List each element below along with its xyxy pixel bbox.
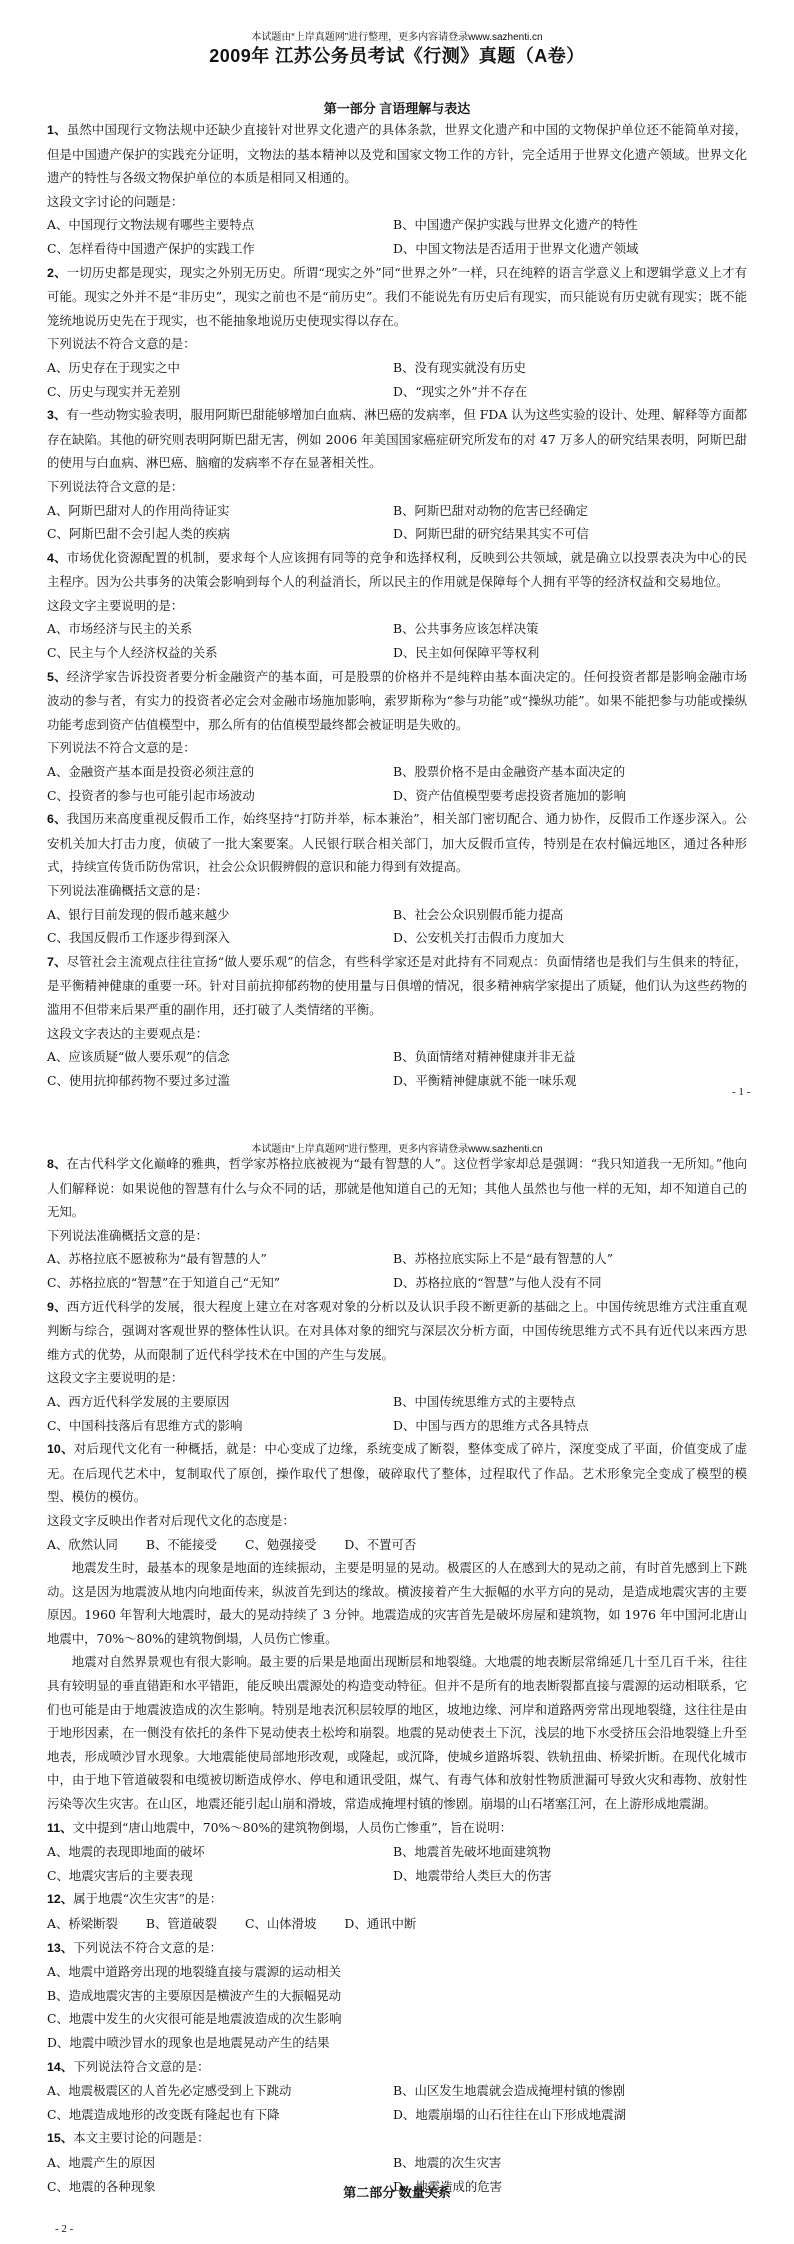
option-c: C、阿斯巴甜不会引起人类的疾病 (47, 522, 393, 546)
option-d: D、地震中喷沙冒水的现象也是地震晃动产生的结果 (47, 2031, 747, 2055)
option-b: B、不能接受 (146, 1533, 217, 1557)
page-2: 本试题由“上岸真题网”进行整理，更多内容请登录www.sazhenti.cn 8… (0, 1122, 794, 2244)
option-b: B、管道破裂 (146, 1912, 217, 1936)
question-8: 8、在古代科学文化巅峰的雅典，哲学家苏格拉底被视为“最有智慧的人”。这位哲学家却… (47, 1152, 747, 1295)
option-c: C、苏格拉底的“智慧”在于知道自己“无知” (47, 1271, 393, 1295)
question-prompt: 这段文字主要说明的是： (47, 1366, 747, 1390)
question-number: 7、 (47, 955, 67, 969)
question-10: 10、对后现代文化有一种概括，就是：中心变成了边缘，系统变成了断裂，整体变成了碎… (47, 1437, 747, 1556)
question-1: 1、虽然中国现行文物法规中还缺少直接针对世界文化遗产的具体条款，世界文化遗产和中… (47, 118, 747, 261)
passage-paragraph-1: 地震发生时，最基本的现象是地面的连续振动，主要是明显的晃动。极震区的人在感到大的… (47, 1556, 747, 1650)
option-c: C、中国科技落后有思维方式的影响 (47, 1414, 393, 1438)
question-number: 9、 (47, 1300, 67, 1314)
question-stem: 我国历来高度重视反假币工作，始终坚持“打防并举，标本兼治”，相关部门密切配合、通… (47, 811, 747, 874)
option-b: B、中国遗产保护实践与世界文化遗产的特性 (393, 213, 747, 237)
option-d: D、不置可否 (344, 1533, 416, 1557)
option-d: D、苏格拉底的“智慧”与他人没有不同 (393, 1271, 747, 1295)
option-c: C、我国反假币工作逐步得到深入 (47, 926, 393, 950)
question-prompt: 这段文字主要说明的是： (47, 594, 747, 618)
option-b: B、地震的次生灾害 (393, 2151, 747, 2175)
option-a: A、桥梁断裂 (47, 1912, 118, 1936)
option-c: C、怎样看待中国遗产保护的实践工作 (47, 237, 393, 261)
question-number: 11、 (47, 1821, 73, 1835)
question-stem: 在古代科学文化巅峰的雅典，哲学家苏格拉底被视为“最有智慧的人”。这位哲学家却总是… (47, 1156, 747, 1219)
option-b: B、社会公众识别假币能力提高 (393, 903, 747, 927)
question-prompt: 下列说法符合文意的是： (47, 475, 747, 499)
option-b: B、苏格拉底实际上不是“最有智慧的人” (393, 1247, 747, 1271)
option-a: A、欣然认同 (47, 1533, 118, 1557)
option-c: C、地震中发生的火灾很可能是地震波造成的次生影响 (47, 2007, 747, 2031)
option-c: C、地震灾害后的主要表现 (47, 1864, 393, 1888)
option-d: D、中国与西方的思维方式各具特点 (393, 1414, 747, 1438)
option-b: B、公共事务应该怎样决策 (393, 617, 747, 641)
option-d: D、公安机关打击假币力度加大 (393, 926, 747, 950)
question-number: 10、 (47, 1442, 74, 1456)
section-heading-2: 第二部分 数量关系 (0, 2182, 794, 2201)
question-prompt: 这段文字反映出作者对后现代文化的态度是： (47, 1509, 747, 1533)
question-2: 2、一切历史都是现实，现实之外别无历史。所谓“现实之外”同“世界之外”一样，只在… (47, 261, 747, 404)
option-a: A、历史存在于现实之中 (47, 356, 393, 380)
option-b: B、中国传统思维方式的主要特点 (393, 1390, 747, 1414)
question-number: 6、 (47, 812, 67, 826)
option-b: B、股票价格不是由金融资产基本面决定的 (393, 760, 747, 784)
option-d: D、阿斯巴甜的研究结果其实不可信 (393, 522, 747, 546)
option-d: D、地震带给人类巨大的伤害 (393, 1864, 747, 1888)
option-a: A、中国现行文物法规有哪些主要特点 (47, 213, 393, 237)
question-prompt: 下列说法符合文意的是： (73, 2059, 209, 2074)
option-b: B、造成地震灾害的主要原因是横波产生的大振幅晃动 (47, 1984, 747, 2008)
watermark: 本试题由“上岸真题网”进行整理，更多内容请登录www.sazhenti.cn (0, 28, 794, 43)
option-a: A、地震极震区的人首先必定感受到上下跳动 (47, 2079, 393, 2103)
option-c: C、地震造成地形的改变既有隆起也有下降 (47, 2103, 393, 2127)
section-heading-1: 第一部分 言语理解与表达 (0, 98, 794, 117)
option-a: A、市场经济与民主的关系 (47, 617, 393, 641)
option-c: C、山体滑坡 (245, 1912, 316, 1936)
option-b: B、没有现实就没有历史 (393, 356, 747, 380)
question-prompt: 下列说法准确概括文意的是： (47, 879, 747, 903)
question-prompt: 属于地震“次生灾害”的是： (73, 1891, 222, 1906)
option-c: C、投资者的参与也可能引起市场波动 (47, 784, 393, 808)
question-number: 4、 (47, 551, 67, 565)
question-14: 14、下列说法符合文意的是： A、地震极震区的人首先必定感受到上下跳动 B、山区… (47, 2055, 747, 2127)
option-a: A、苏格拉底不愿被称为“最有智慧的人” (47, 1247, 393, 1271)
option-a: A、地震中道路旁出现的地裂缝直接与震源的运动相关 (47, 1960, 747, 1984)
option-b: B、阿斯巴甜对动物的危害已经确定 (393, 499, 747, 523)
option-a: A、地震产生的原因 (47, 2151, 393, 2175)
option-a: A、阿斯巴甜对人的作用尚待证实 (47, 499, 393, 523)
option-a: A、银行目前发现的假币越来越少 (47, 903, 393, 927)
question-number: 14、 (47, 2060, 73, 2074)
question-5: 5、经济学家告诉投资者要分析金融资产的基本面，可是股票的价格并不是纯粹由基本面决… (47, 665, 747, 808)
option-c: C、历史与现实并无差别 (47, 380, 393, 404)
question-prompt: 下列说法准确概括文意的是： (47, 1224, 747, 1248)
questions-page-1: 1、虽然中国现行文物法规中还缺少直接针对世界文化遗产的具体条款，世界文化遗产和中… (47, 118, 747, 1092)
question-number: 15、 (47, 2131, 73, 2145)
question-number: 5、 (47, 670, 67, 684)
question-stem: 尽管社会主流观点往往宣扬“做人要乐观”的信念，有些科学家还是对此持有不同观点：负… (47, 954, 747, 1017)
page-number-1: - 1 - (732, 1086, 750, 1098)
option-a: A、地震的表现即地面的破坏 (47, 1840, 393, 1864)
question-12: 12、属于地震“次生灾害”的是： A、桥梁断裂 B、管道破裂 C、山体滑坡 D、… (47, 1887, 747, 1935)
question-stem: 对后现代文化有一种概括，就是：中心变成了边缘，系统变成了断裂，整体变成了碎片，深… (47, 1441, 747, 1504)
question-number: 13、 (47, 1941, 73, 1955)
question-stem: 虽然中国现行文物法规中还缺少直接针对世界文化遗产的具体条款，世界文化遗产和中国的… (47, 122, 747, 185)
question-3: 3、有一些动物实验表明，服用阿斯巴甜能够增加白血病、淋巴癌的发病率，但 FDA … (47, 403, 747, 546)
reading-passage: 地震发生时，最基本的现象是地面的连续振动，主要是明显的晃动。极震区的人在感到大的… (47, 1556, 747, 1816)
question-4: 4、市场优化资源配置的机制，要求每个人应该拥有同等的竞争和选择权利，反映到公共领… (47, 546, 747, 665)
option-c: C、使用抗抑郁药物不要过多过滥 (47, 1069, 393, 1093)
option-d: D、资产估值模型要考虑投资者施加的影响 (393, 784, 747, 808)
question-6: 6、我国历来高度重视反假币工作，始终坚持“打防并举，标本兼治”，相关部门密切配合… (47, 807, 747, 950)
question-prompt: 下列说法不符合文意的是： (47, 736, 747, 760)
question-stem: 经济学家告诉投资者要分析金融资产的基本面，可是股票的价格并不是纯粹由基本面决定的… (47, 669, 747, 732)
option-b: B、地震首先破坏地面建筑物 (393, 1840, 747, 1864)
question-prompt: 本文主要讨论的问题是： (73, 2130, 209, 2145)
question-stem: 一切历史都是现实，现实之外别无历史。所谓“现实之外”同“世界之外”一样，只在纯粹… (47, 265, 747, 328)
question-11: 11、文中提到“唐山地震中，70%～80%的建筑物倒塌，人员伤亡惨重”，旨在说明… (47, 1816, 747, 1888)
option-d: D、“现实之外”并不存在 (393, 380, 747, 404)
page-number-2: - 2 - (55, 2223, 73, 2235)
question-stem: 西方近代科学的发展，很大程度上建立在对客观对象的分析以及认识手段不断更新的基础之… (47, 1299, 747, 1362)
question-number: 1、 (47, 123, 67, 137)
option-a: A、应该质疑“做人要乐观”的信念 (47, 1045, 393, 1069)
question-number: 3、 (47, 408, 66, 422)
page-title: 2009年 江苏公务员考试《行测》真题（A卷） (0, 42, 794, 68)
option-d: D、民主如何保障平等权利 (393, 641, 747, 665)
question-stem: 有一些动物实验表明，服用阿斯巴甜能够增加白血病、淋巴癌的发病率，但 FDA 认为… (47, 407, 747, 470)
question-7: 7、尽管社会主流观点往往宣扬“做人要乐观”的信念，有些科学家还是对此持有不同观点… (47, 950, 747, 1093)
option-b: B、山区发生地震就会造成掩埋村镇的惨剧 (393, 2079, 747, 2103)
option-d: D、平衡精神健康就不能一味乐观 (393, 1069, 747, 1093)
question-prompt: 这段文字表达的主要观点是： (47, 1022, 747, 1046)
question-prompt: 下列说法不符合文意的是： (73, 1940, 222, 1955)
option-d: D、地震崩塌的山石往往在山下形成地震湖 (393, 2103, 747, 2127)
option-c: C、民主与个人经济权益的关系 (47, 641, 393, 665)
option-c: C、勉强接受 (245, 1533, 316, 1557)
questions-page-2: 8、在古代科学文化巅峰的雅典，哲学家苏格拉底被视为“最有智慧的人”。这位哲学家却… (47, 1152, 747, 2198)
question-13: 13、下列说法不符合文意的是： A、地震中道路旁出现的地裂缝直接与震源的运动相关… (47, 1936, 747, 2055)
question-number: 2、 (47, 266, 67, 280)
option-d: D、通讯中断 (344, 1912, 416, 1936)
question-stem: 市场优化资源配置的机制，要求每个人应该拥有同等的竞争和选择权利，反映到公共领域，… (47, 550, 747, 590)
option-d: D、中国文物法是否适用于世界文化遗产领域 (393, 237, 747, 261)
option-a: A、西方近代科学发展的主要原因 (47, 1390, 393, 1414)
option-a: A、金融资产基本面是投资必须注意的 (47, 760, 393, 784)
question-number: 8、 (47, 1157, 66, 1171)
page-1: 本试题由“上岸真题网”进行整理，更多内容请登录www.sazhenti.cn 2… (0, 0, 794, 1122)
question-number: 12、 (47, 1892, 73, 1906)
question-prompt: 文中提到“唐山地震中，70%～80%的建筑物倒塌，人员伤亡惨重”，旨在说明： (73, 1820, 512, 1835)
question-prompt: 这段文字讨论的问题是： (47, 190, 747, 214)
option-b: B、负面情绪对精神健康并非无益 (393, 1045, 747, 1069)
question-prompt: 下列说法不符合文意的是： (47, 332, 747, 356)
passage-paragraph-2: 地震对自然界景观也有很大影响。最主要的后果是地面出现断层和地裂缝。大地震的地表断… (47, 1650, 747, 1815)
question-9: 9、西方近代科学的发展，很大程度上建立在对客观对象的分析以及认识手段不断更新的基… (47, 1295, 747, 1438)
